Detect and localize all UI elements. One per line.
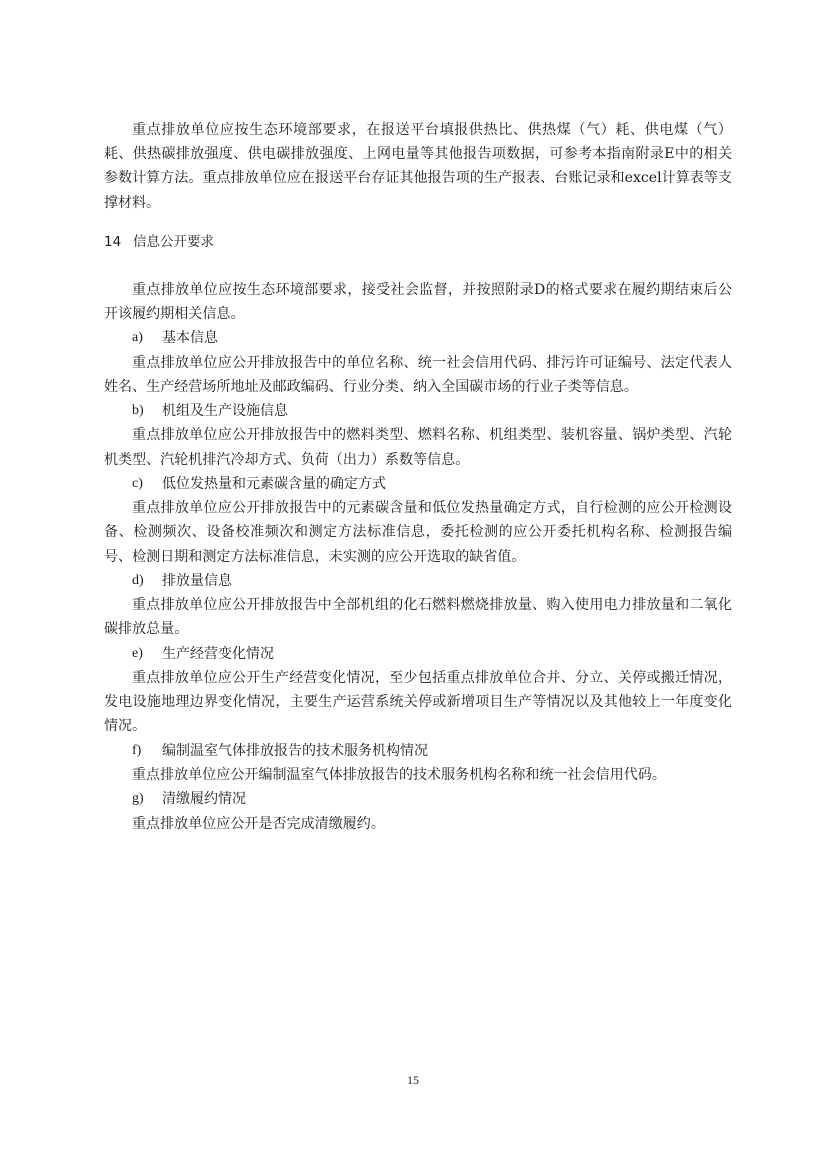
section-lead-paragraph: 重点排放单位应按生态环境部要求，接受社会监督，并按照附录D的格式要求在履约期结束… (104, 278, 732, 326)
list-item-heading: g) 清缴履约情况 (104, 787, 732, 811)
list-item-body: 重点排放单位应公开是否完成清缴履约。 (104, 812, 732, 836)
intro-paragraph: 重点排放单位应按生态环境部要求，在报送平台填报供热比、供热煤（气）耗、供电煤（气… (104, 118, 732, 215)
list-item-heading: b) 机组及生产设施信息 (104, 399, 732, 423)
list-marker: f) (132, 739, 162, 763)
list-item-title: 基本信息 (162, 326, 218, 350)
section-title: 信息公开要求 (133, 230, 214, 254)
list-item-heading: c) 低位发热量和元素碳含量的确定方式 (104, 472, 732, 496)
list-item-title: 清缴履约情况 (162, 787, 246, 811)
list-item-heading: f) 编制温室气体排放报告的技术服务机构情况 (104, 739, 732, 763)
list-item-title: 排放量信息 (162, 569, 232, 593)
list-marker: c) (132, 472, 162, 496)
list-marker: e) (132, 642, 162, 666)
list-marker: b) (132, 399, 162, 423)
list-item-title: 生产经营变化情况 (162, 642, 274, 666)
list-item-heading: a) 基本信息 (104, 326, 732, 350)
list-item-body: 重点排放单位应公开排放报告中全部机组的化石燃料燃烧排放量、购入使用电力排放量和二… (104, 593, 732, 641)
list-item-body: 重点排放单位应公开排放报告中的燃料类型、燃料名称、机组类型、装机容量、锅炉类型、… (104, 423, 732, 471)
list-item-heading: d) 排放量信息 (104, 569, 732, 593)
section-heading: 14 信息公开要求 (104, 230, 732, 254)
section-number: 14 (104, 230, 133, 254)
list-item-title: 编制温室气体排放报告的技术服务机构情况 (162, 739, 428, 763)
list-item-body: 重点排放单位应公开编制温室气体排放报告的技术服务机构名称和统一社会信用代码。 (104, 763, 732, 787)
list-marker: g) (132, 787, 162, 811)
list-item-body: 重点排放单位应公开排放报告中的单位名称、统一社会信用代码、排污许可证编号、法定代… (104, 351, 732, 399)
list-item-body: 重点排放单位应公开排放报告中的元素碳含量和低位发热量确定方式，自行检测的应公开检… (104, 496, 732, 569)
document-page: 重点排放单位应按生态环境部要求，在报送平台填报供热比、供热煤（气）耗、供电煤（气… (104, 118, 732, 836)
list-marker: a) (132, 326, 162, 350)
list-item-heading: e) 生产经营变化情况 (104, 642, 732, 666)
list-marker: d) (132, 569, 162, 593)
page-number: 15 (0, 1073, 826, 1088)
list-item-title: 机组及生产设施信息 (162, 399, 288, 423)
list-item-body: 重点排放单位应公开生产经营变化情况，至少包括重点排放单位合并、分立、关停或搬迁情… (104, 666, 732, 739)
list-item-title: 低位发热量和元素碳含量的确定方式 (162, 472, 386, 496)
